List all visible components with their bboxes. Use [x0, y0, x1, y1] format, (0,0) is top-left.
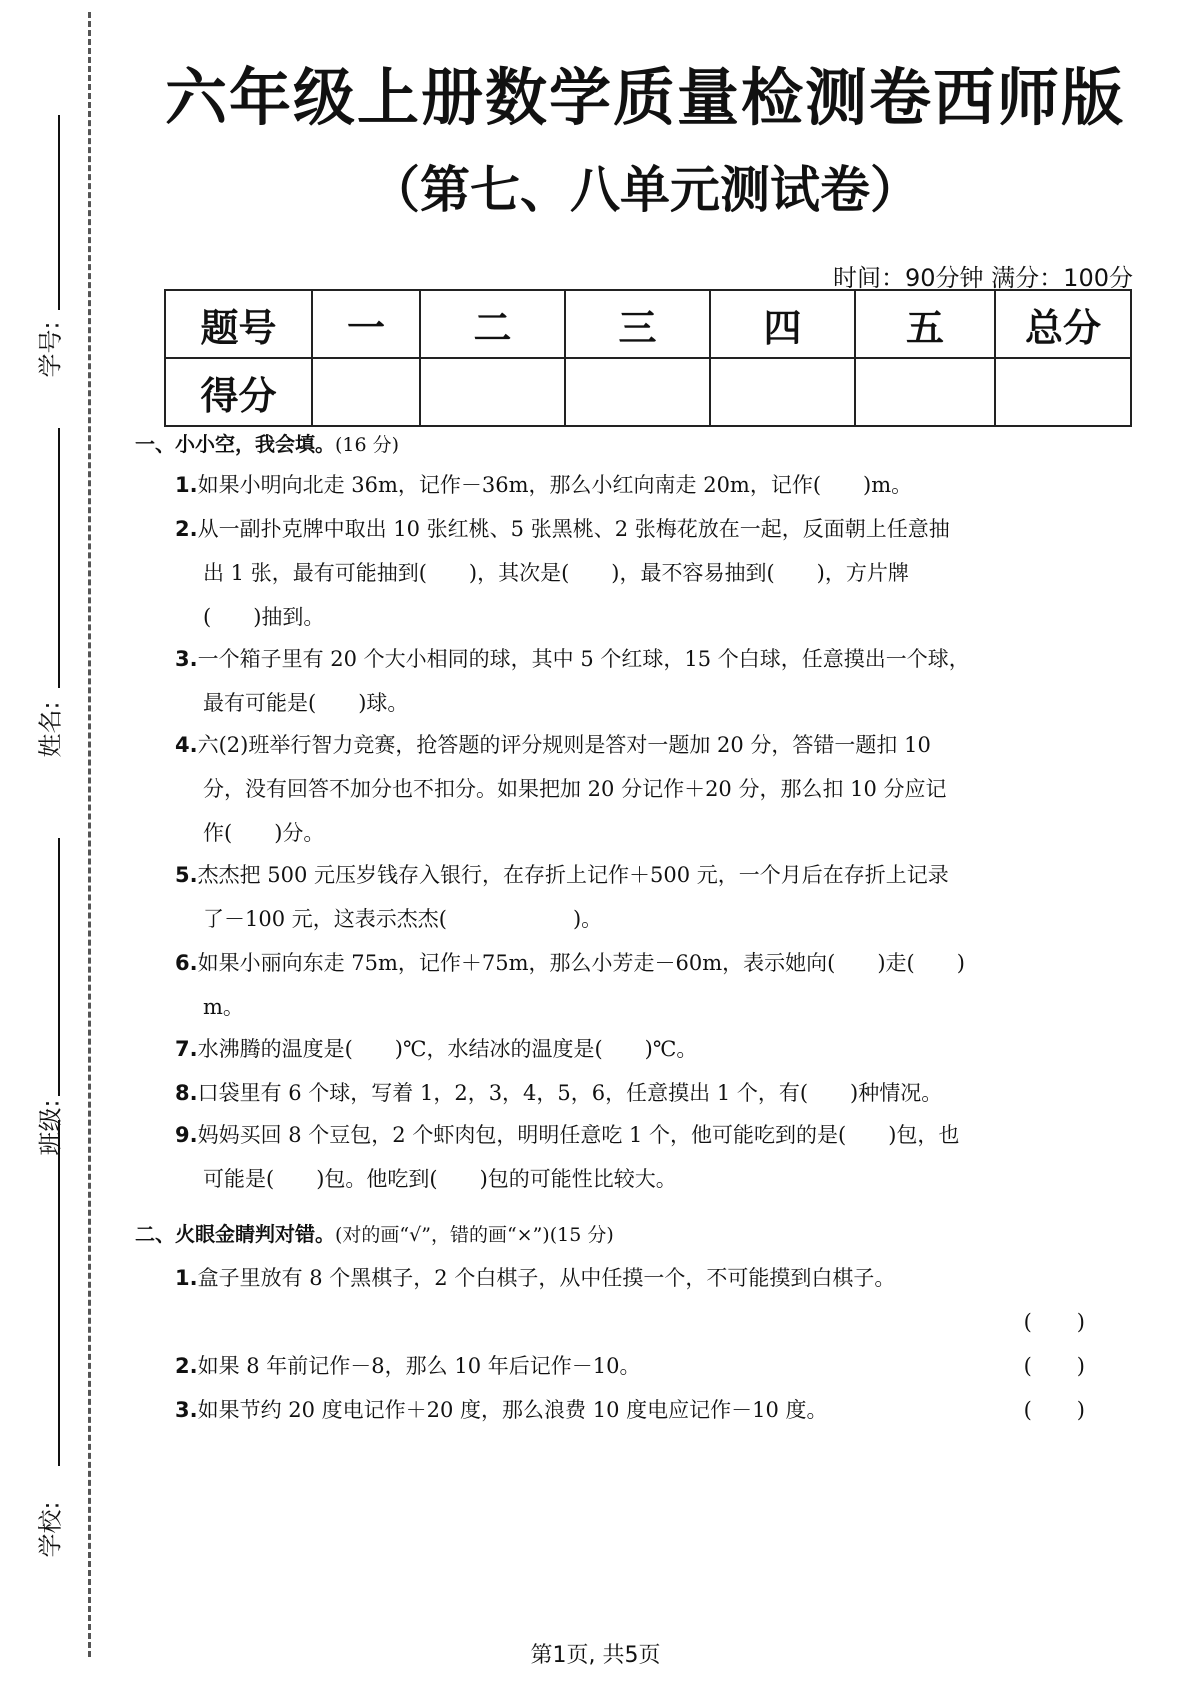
s1-question-4: 4.六(2)班举行智力竞赛，抢答题的评分规则是答对一题加 20 分，答错一题扣 … [175, 723, 1095, 855]
name-label: 姓名: [31, 718, 66, 758]
s1-question-1: 1.如果小明向北走 36m，记作－36m，那么小红向南走 20m，记作( )m。 [175, 463, 1095, 507]
question-number: 5. [175, 863, 198, 887]
section-2-heading: 二、火眼金睛判对错。 [135, 1222, 335, 1246]
question-text: 盒子里放有 8 个黑棋子，2 个白棋子，从中任摸一个，不可能摸到白棋子。 [198, 1266, 896, 1290]
header-cell-2: 二 [420, 290, 565, 358]
binding-dashed-line [88, 12, 91, 1657]
student-id-label: 学号: [31, 338, 66, 378]
s1-question-8: 8.口袋里有 6 个球，写着 1，2，3，4，5，6，任意摸出 1 个，有( )… [175, 1071, 1095, 1115]
question-number: 6. [175, 951, 198, 975]
class-label: 班级: [31, 1116, 66, 1156]
score-cell-total[interactable] [995, 358, 1131, 426]
student-id-rule[interactable] [58, 115, 60, 310]
question-text-cont: 出 1 张，最有可能抽到( )，其次是( )，最不容易抽到( )，方片牌 [175, 551, 1095, 595]
section-2-note: (对的画“√”，错的画“×”)(15 分) [335, 1224, 614, 1246]
name-rule-top [58, 428, 60, 688]
exam-meta: 时间：90分钟 满分：100分 [833, 258, 1133, 293]
s2-answer-box-3[interactable]: ( ) [1024, 1388, 1086, 1432]
exam-subtitle: （第七、八单元测试卷） [150, 150, 1140, 222]
s2-question-3: 3.如果节约 20 度电记作＋20 度，那么浪费 10 度电应记作－10 度。 [175, 1388, 1095, 1432]
score-cell-5[interactable] [855, 358, 995, 426]
question-number: 7. [175, 1037, 198, 1061]
question-text-cont: 分，没有回答不加分也不扣分。如果把加 20 分记作＋20 分，那么扣 10 分应… [175, 767, 1095, 811]
question-text-cont: m。 [175, 985, 1095, 1029]
question-number: 3. [175, 647, 198, 671]
s1-question-5: 5.杰杰把 500 元压岁钱存入银行，在存折上记作＋500 元，一个月后在存折上… [175, 853, 1095, 941]
school-label: 学校: [31, 1518, 66, 1558]
s2-question-2: 2.如果 8 年前记作－8，那么 10 年后记作－10。 [175, 1344, 1095, 1388]
s1-question-9: 9.妈妈买回 8 个豆包，2 个虾肉包，明明任意吃 1 个，他可能吃到的是( )… [175, 1113, 1095, 1201]
question-number: 2. [175, 1354, 198, 1378]
question-number: 1. [175, 473, 198, 497]
exam-title: 六年级上册数学质量检测卷西师版 [150, 48, 1140, 137]
question-number: 3. [175, 1398, 198, 1422]
s1-question-6: 6.如果小丽向东走 75m，记作＋75m，那么小芳走－60m，表示她向( )走(… [175, 941, 1095, 1029]
question-number: 8. [175, 1081, 198, 1105]
header-cell-1: 一 [312, 290, 420, 358]
question-text-cont: 了－100 元，这表示杰杰( )。 [175, 897, 1095, 941]
question-number: 2. [175, 517, 198, 541]
question-text-cont: ( )抽到。 [175, 595, 1095, 639]
question-number: 4. [175, 733, 198, 757]
header-cell-5: 五 [855, 290, 995, 358]
score-table: 题号 一 二 三 四 五 总分 得分 [164, 289, 1132, 427]
s2-question-1: 1.盒子里放有 8 个黑棋子，2 个白棋子，从中任摸一个，不可能摸到白棋子。 [175, 1256, 1095, 1300]
question-number: 9. [175, 1123, 198, 1147]
header-cell-total: 总分 [995, 290, 1131, 358]
question-text: 口袋里有 6 个球，写着 1，2，3，4，5，6，任意摸出 1 个，有( )种情… [198, 1081, 943, 1105]
score-cell-3[interactable] [565, 358, 710, 426]
s1-question-3: 3.一个箱子里有 20 个大小相同的球，其中 5 个红球，15 个白球，任意摸出… [175, 637, 1095, 725]
question-text: 一个箱子里有 20 个大小相同的球，其中 5 个红球，15 个白球，任意摸出一个… [198, 647, 970, 671]
score-cell-1[interactable] [312, 358, 420, 426]
question-text: 六(2)班举行智力竞赛，抢答题的评分规则是答对一题加 20 分，答错一题扣 10 [198, 733, 931, 757]
question-text: 妈妈买回 8 个豆包，2 个虾肉包，明明任意吃 1 个，他可能吃到的是( )包，… [198, 1123, 960, 1147]
question-text-cont: 作( )分。 [175, 811, 1095, 855]
question-number: 1. [175, 1266, 198, 1290]
header-cell-4: 四 [710, 290, 855, 358]
school-rule[interactable] [58, 1300, 60, 1466]
header-cell-question-no: 题号 [165, 290, 312, 358]
score-table-score-row: 得分 [165, 358, 1131, 426]
s1-question-7: 7.水沸腾的温度是( )℃，水结冰的温度是( )℃。 [175, 1027, 1095, 1071]
question-text-cont: 最有可能是( )球。 [175, 681, 1095, 725]
section-1-heading: 一、小小空，我会填。 [135, 432, 335, 456]
name-rule[interactable] [58, 838, 60, 1096]
score-table-header-row: 题号 一 二 三 四 五 总分 [165, 290, 1131, 358]
question-text: 如果小丽向东走 75m，记作＋75m，那么小芳走－60m，表示她向( )走( ) [198, 951, 965, 975]
score-row-label: 得分 [165, 358, 312, 426]
question-text: 如果小明向北走 36m，记作－36m，那么小红向南走 20m，记作( )m。 [198, 473, 913, 497]
s1-question-2: 2.从一副扑克牌中取出 10 张红桃、5 张黑桃、2 张梅花放在一起，反面朝上任… [175, 507, 1095, 639]
question-text: 水沸腾的温度是( )℃，水结冰的温度是( )℃。 [198, 1037, 698, 1061]
section-1-title: 一、小小空，我会填。(16 分) [135, 428, 399, 457]
question-text: 如果节约 20 度电记作＋20 度，那么浪费 10 度电应记作－10 度。 [198, 1398, 828, 1422]
section-1-points: (16 分) [335, 434, 399, 456]
question-text: 杰杰把 500 元压岁钱存入银行，在存折上记作＋500 元，一个月后在存折上记录 [198, 863, 949, 887]
section-2-title: 二、火眼金睛判对错。(对的画“√”，错的画“×”)(15 分) [135, 1218, 614, 1247]
s2-answer-box-1[interactable]: ( ) [1024, 1300, 1086, 1344]
s2-answer-box-2[interactable]: ( ) [1024, 1344, 1086, 1388]
score-cell-4[interactable] [710, 358, 855, 426]
question-text-cont: 可能是( )包。他吃到( )包的可能性比较大。 [175, 1157, 1095, 1201]
header-cell-3: 三 [565, 290, 710, 358]
question-text: 从一副扑克牌中取出 10 张红桃、5 张黑桃、2 张梅花放在一起，反面朝上任意抽 [198, 517, 950, 541]
score-cell-2[interactable] [420, 358, 565, 426]
page-indicator: 第1页, 共5页 [0, 1638, 1191, 1669]
question-text: 如果 8 年前记作－8，那么 10 年后记作－10。 [198, 1354, 641, 1378]
